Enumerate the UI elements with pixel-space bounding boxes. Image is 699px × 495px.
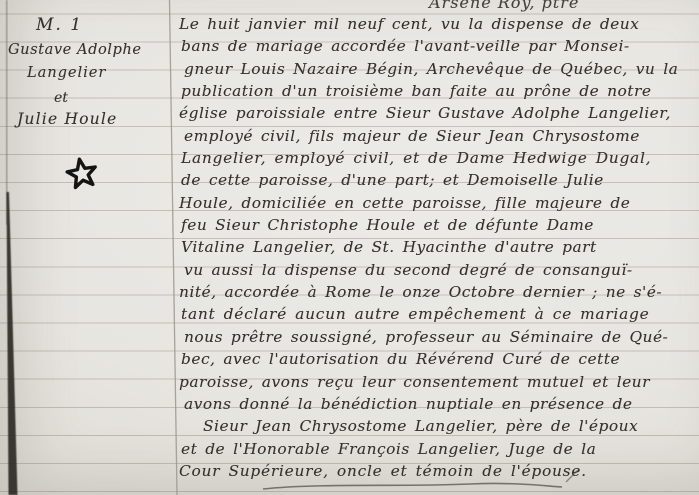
margin-bride-name: Julie Houle	[17, 110, 117, 128]
manuscript-line: et de l'Honorable François Langelier, Ju…	[181, 438, 697, 460]
manuscript-line: Sieur Jean Chrysostome Langelier, père d…	[181, 415, 697, 437]
manuscript-line: bans de mariage accordée l'avant-veille …	[181, 35, 697, 57]
manuscript-line: nous prêtre soussigné, professeur au Sém…	[184, 326, 697, 348]
manuscript-lines: Le huit janvier mil neuf cent, vu la dis…	[181, 13, 697, 482]
manuscript-line: Le huit janvier mil neuf cent, vu la dis…	[179, 13, 697, 35]
manuscript-line: gneur Louis Nazaire Bégin, Archevêque de…	[184, 58, 697, 80]
manuscript-line: employé civil, fils majeur de Sieur Jean…	[184, 125, 697, 147]
previous-record-signature: Arsène Roy, ptre	[429, 0, 579, 12]
manuscript-line: église paroissiale entre Sieur Gustave A…	[179, 102, 697, 124]
record-number: M. 1	[36, 15, 83, 35]
margin-groom-name-line1: Gustave Adolphe	[8, 42, 142, 58]
manuscript-line: Cour Supérieure, oncle et témoin de l'ép…	[179, 460, 697, 482]
manuscript-line: nité, accordée à Rome le onze Octobre de…	[179, 281, 697, 303]
margin-column: M. 1 Gustave Adolphe Langelier et Julie …	[0, 0, 170, 495]
manuscript-line: Houle, domiciliée en cette paroisse, fil…	[179, 192, 697, 214]
manuscript-line: paroisse, avons reçu leur consentement m…	[179, 371, 697, 393]
manuscript-line: Vitaline Langelier, de St. Hyacinthe d'a…	[181, 236, 697, 258]
margin-groom-name-line2: Langelier	[27, 65, 106, 81]
record-body-column: Arsène Roy, ptre Le huit janvier mil neu…	[181, 0, 697, 495]
margin-separator-rule	[170, 0, 178, 495]
manuscript-line: bec, avec l'autorisation du Révérend Cur…	[181, 348, 697, 370]
register-page: M. 1 Gustave Adolphe Langelier et Julie …	[0, 0, 699, 495]
manuscript-line: de cette paroisse, d'une part; et Demois…	[181, 169, 697, 191]
manuscript-line: publication d'un troisième ban faite au …	[181, 80, 697, 102]
manuscript-line: feu Sieur Christophe Houle et de défunte…	[181, 214, 697, 236]
manuscript-line: vu aussi la dispense du second degré de …	[184, 259, 697, 281]
margin-connector: et	[54, 90, 68, 106]
manuscript-line: tant déclaré aucun autre empêchement à c…	[181, 303, 697, 325]
manuscript-line: avons donné la bénédiction nuptiale en p…	[184, 393, 697, 415]
manuscript-line: Langelier, employé civil, et de Dame Hed…	[181, 147, 697, 169]
